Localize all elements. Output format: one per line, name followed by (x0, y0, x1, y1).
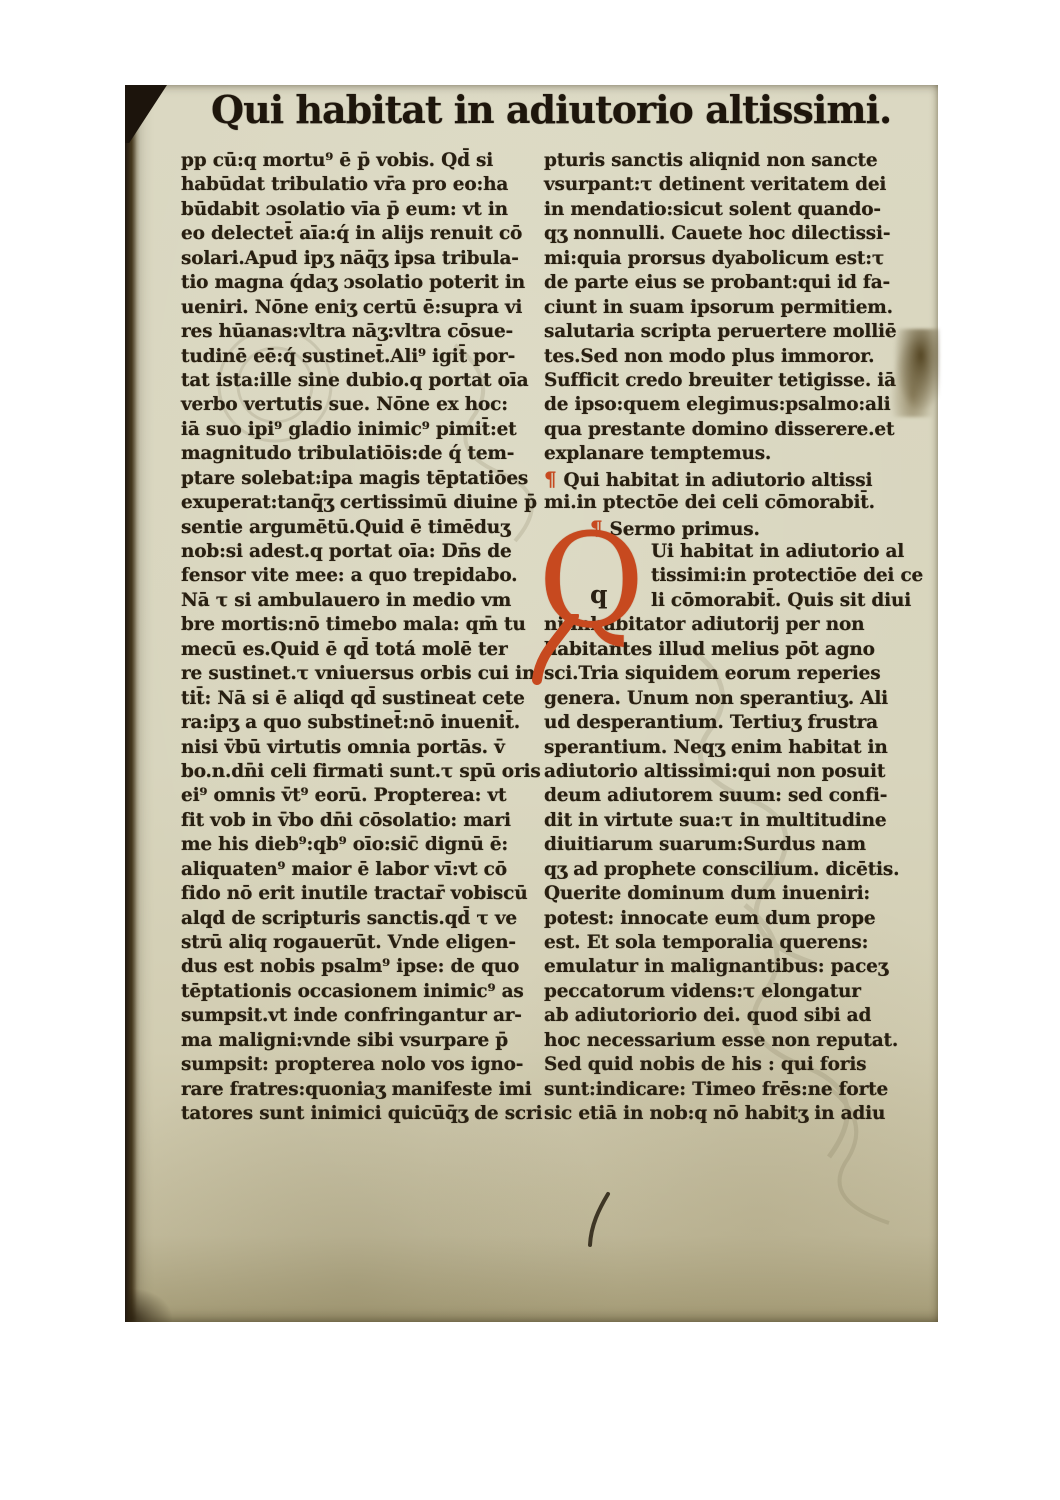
text-line: ei⁹ omnis v̄t⁹ eorū. Propterea: vt (181, 784, 541, 808)
text-line: sumpsit.vt inde confringantur ar- (181, 1004, 541, 1028)
text-line: deum adiutorem suum: sed confi- (544, 784, 910, 808)
text-line: li cōmorabit̄. Quis sit diui (651, 589, 910, 613)
text-line: emulatur in malignantibus: paceʒ (544, 955, 910, 979)
text-line: ud desperantium. Tertiuʒ frustra (544, 711, 910, 735)
text-line: ra:ipʒ a quo substinet̄:nō inuenit̄. (181, 711, 541, 735)
initial-q-tail (530, 614, 590, 688)
right-column-rest: ni inhabitator adiutorij per nonhabitant… (544, 613, 910, 1126)
text-line: ab adiutoriorio dei. quod sibi ad (544, 1004, 910, 1028)
text-line: de ipso:quem elegimus:psalmo:ali (544, 393, 910, 417)
text-line: genera. Unum non sperantiuʒ. Ali (544, 687, 910, 711)
text-line: potest: innocate eum dum prope (544, 907, 910, 931)
rubric-line: ¶Qui habitat in adiutorio altissi (544, 467, 910, 491)
text-line: tio magna q́daʒ ɔsolatio poterit in (181, 271, 541, 295)
text-line: iā suo ipi⁹ gladio inimic⁹ pimit̄:et (181, 418, 541, 442)
text-line: diuitiarum suarum:Surdus nam (544, 833, 910, 857)
text-line: explanare temptemus. (544, 442, 910, 466)
text-line: eo delectet̄ aīa:q́ in alijs renuit cō (181, 222, 541, 246)
text-line: dus est nobis psalm⁹ ipse: de quo (181, 955, 541, 979)
text-line: qʒ ad prophete conscilium. dicētis. (544, 858, 910, 882)
page-corner-shadow (125, 85, 167, 143)
text-line: fido nō erit inutile tractar̄ vobiscū (181, 882, 541, 906)
text-line: in mendatio:sicut solent quando- (544, 198, 910, 222)
text-line: tēptationis occasionem inimic⁹ as (181, 980, 541, 1004)
text-line: fensor vite mee: a quo trepidabo. (181, 564, 541, 588)
text-line: sperantium. Neqʒ enim habitat in (544, 736, 910, 760)
text-line: hoc necessarium esse non reputat. (544, 1029, 910, 1053)
book-page: Qui habitat in adiutorio altissimi. pp c… (125, 85, 938, 1322)
page-corner-smudge (127, 1288, 173, 1322)
text-line: nob:si adest.q portat oīa: Dn̄s de (181, 540, 541, 564)
text-line: habūdat tribulatio vr̄a pro eo:ha (181, 173, 541, 197)
text-line: ciunt in suam ipsorum permitiem. (544, 296, 910, 320)
text-line: mi:quia prorsus dyabolicum est:τ (544, 247, 910, 271)
text-line: de parte eius se probant:qui id fa- (544, 271, 910, 295)
text-line: re sustinet.τ vniuersus orbis cui ini (181, 662, 541, 686)
left-column: pp cū:q mortu⁹ ē p̄ vobis. Qd̄ sihabūdat… (181, 149, 541, 1127)
text-line: exuperat:tanq̄ʒ certissimū diuine p̄ (181, 491, 541, 515)
text-line: Ui habitat in adiutorio al (651, 540, 910, 564)
text-line: tat ista:ille sine dubio.q portat oīa (181, 369, 541, 393)
text-line: sci.Tria siquidem eorum reperies (544, 662, 910, 686)
text-line: alqd de scripturis sanctis.qd̄ τ ve (181, 907, 541, 931)
text-line: sentie argumētū.Quid ē timēduʒ (181, 516, 541, 540)
text-line: Nā τ si ambulauero in medio vm (181, 589, 541, 613)
page-title: Qui habitat in adiutorio altissimi. (211, 87, 917, 132)
text-line: pturis sanctis aliqnid non sancte (544, 149, 910, 173)
text-line: aliquaten⁹ maior ē labor vī:vt cō (181, 858, 541, 882)
page-edge-shadow (125, 85, 140, 1322)
text-line: vsurpant:τ detinent veritatem dei (544, 173, 910, 197)
text-line: tudinē eē:q́ sustinet̄.Ali⁹ igit̄ por- (181, 345, 541, 369)
text-line: Sufficit credo breuiter tetigisse. iā (544, 369, 910, 393)
text-line: būdabit ɔsolatio vīa p̄ eum: vt in (181, 198, 541, 222)
text-line: Querite dominum dum inueniri: (544, 882, 910, 906)
text-line: tatores sunt inimici quicūq̄ʒ de scri (181, 1102, 541, 1126)
right-column: pturis sanctis aliqnid non sanctevsurpan… (544, 149, 910, 1127)
text-line: pp cū:q mortu⁹ ē p̄ vobis. Qd̄ si (181, 149, 541, 173)
text-line: mecū es.Quid ē qd̄ totá molē ter (181, 638, 541, 662)
text-line: Sed quid nobis de his : qui foris (544, 1053, 910, 1077)
text-line: bre mortis:nō timebo mala: qm̄ tu (181, 613, 541, 637)
text-line: est. Et sola temporalia querens: (544, 931, 910, 955)
text-line: verbo vertutis sue. Nōne ex hoc: (181, 393, 541, 417)
text-line: qʒ nonnulli. Cauete hoc dilectissi- (544, 222, 910, 246)
text-line: adiutorio altissimi:qui non posuit (544, 760, 910, 784)
text-line: res hūanas:vltra nāʒ:vltra cōsue- (181, 320, 541, 344)
text-line: me his dieb⁹:qb⁹ oīo:sic̄ dignū ē: (181, 833, 541, 857)
ink-stain (891, 329, 939, 417)
rubric-text: Qui habitat in adiutorio altissi (564, 470, 873, 491)
text-line: ueniri. Nōne eniʒ certū ē:supra vi (181, 296, 541, 320)
pilcrow-mark: ¶ (544, 467, 557, 491)
text-line: fit vob in v̄bo dn̄i cōsolatio: mari (181, 809, 541, 833)
text-line: strū aliq rogauerūt. Vnde eligen- (181, 931, 541, 955)
text-line: ptare solebat:ipa magis tēptatiōes (181, 467, 541, 491)
scan-background: Qui habitat in adiutorio altissimi. pp c… (0, 0, 1060, 1500)
text-line: tit̄: Nā si ē aliqd qd̄ sustineat cete (181, 687, 541, 711)
text-line: magnitudo tribulatiōis:de q́ tem- (181, 442, 541, 466)
text-line: sumpsit: propterea nolo vos igno- (181, 1053, 541, 1077)
right-column-top: pturis sanctis aliqnid non sanctevsurpan… (544, 149, 910, 467)
text-line: tes.Sed non modo plus immoror. (544, 345, 910, 369)
rubricated-initial-q: Q (538, 528, 642, 624)
text-line: rare fratres:quoniaʒ manifeste imi (181, 1078, 541, 1102)
guide-letter: q (590, 580, 607, 609)
text-line: tissimi:in protectiōe dei ce (651, 564, 910, 588)
text-line: sunt:indicare: Timeo frēs:ne forte (544, 1078, 910, 1102)
text-line: dit in virtute sua:τ in multitudine (544, 809, 910, 833)
dropcap-block: Q q Ui habitat in adiutorio altissimi:in… (544, 540, 910, 613)
ink-mark (586, 1191, 612, 1249)
text-line: qua prestante domino disserere.et (544, 418, 910, 442)
text-line: solari.Apud ipʒ nāq̄ʒ ipsa tribula- (181, 247, 541, 271)
text-line: bo.n.dn̄i celi firmati sunt.τ spū oris (181, 760, 541, 784)
text-line: ma maligni:vnde sibi vsurpare p̄ (181, 1029, 541, 1053)
text-line: salutaria scripta peruertere molliē (544, 320, 910, 344)
text-line: sic etiā in nob:q nō habitʒ in adiu (544, 1102, 910, 1126)
text-line: nisi v̄bū virtutis omnia portās. v̄ (181, 736, 541, 760)
text-line: peccatorum videns:τ elongatur (544, 980, 910, 1004)
